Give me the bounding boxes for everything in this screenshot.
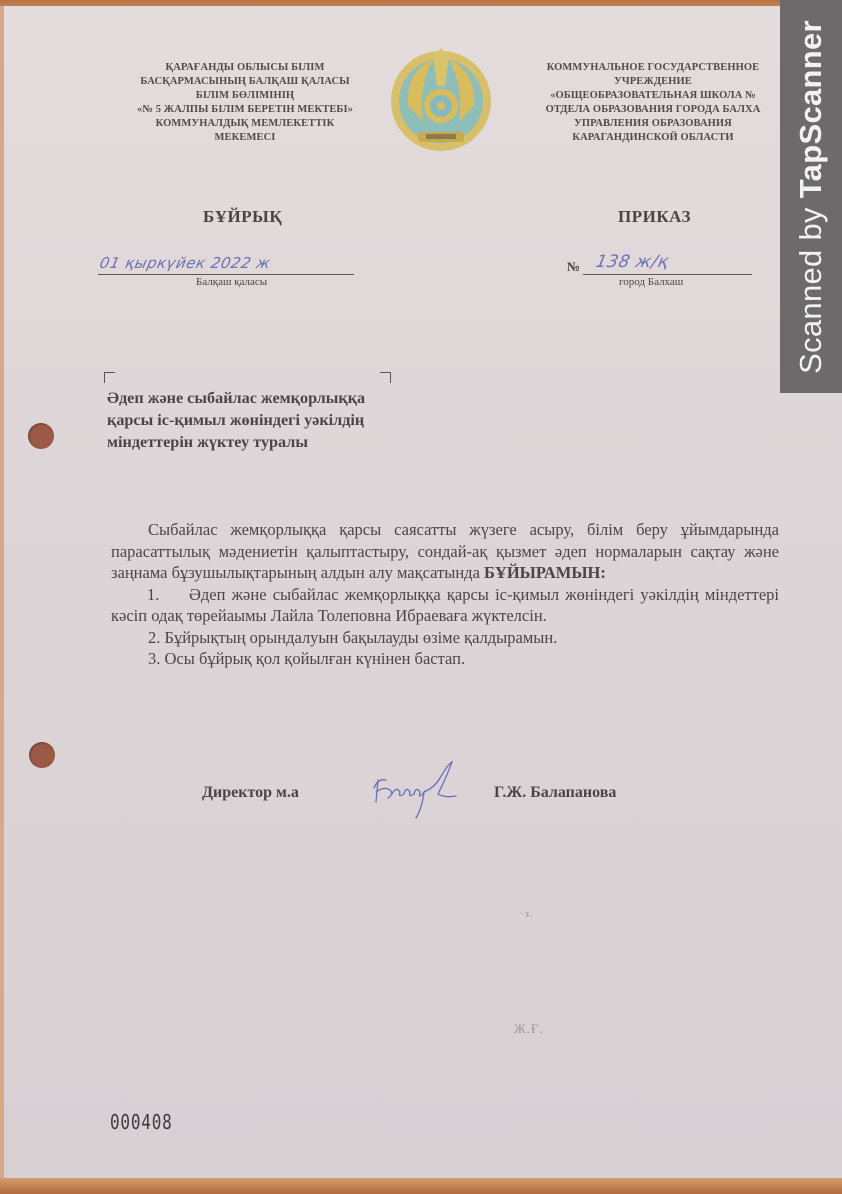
order-item-3: 3. Осы бұйрық қол қойылған күнінен баста… [111, 648, 779, 670]
table-background-bottom [0, 1178, 842, 1194]
place-kz: Балқаш қаласы [196, 276, 267, 288]
subject-line: Әдеп және сыбайлас жемқорлыққа [107, 387, 437, 409]
bracket-corner-top-left [104, 372, 115, 383]
watermark-prefix: Scanned by [793, 198, 828, 374]
header-kz-line: «№ 5 ЖАЛПЫ БІЛІМ БЕРЕТІН МЕКТЕБІ» [110, 103, 380, 117]
doc-type-ru: ПРИКАЗ [618, 207, 691, 227]
handwritten-order-number: 138 ж/қ [594, 252, 671, 272]
header-ru-organization: КОММУНАЛЬНОЕ ГОСУДАРСТВЕННОЕ УЧРЕЖДЕНИЕ … [522, 61, 784, 145]
document-page: ҚАРАҒАНДЫ ОБЛЫСЫ БІЛІМ БАСҚАРМАСЫНЫҢ БАЛ… [0, 6, 842, 1188]
subject-line: қарсы іс-қимыл жөніндегі уәкілдің [107, 409, 437, 431]
header-ru-line: ОТДЕЛА ОБРАЗОВАНИЯ ГОРОДА БАЛХА [522, 103, 784, 117]
bracket-corner-top-right [380, 372, 391, 383]
order-body: Сыбайлас жемқорлыққа қарсы саясатты жүзе… [111, 519, 779, 670]
handwritten-signature-icon [368, 758, 458, 820]
header-ru-line: КАРАГАНДИНСКОЙ ОБЛАСТИ [522, 131, 784, 145]
header-kz-line: ҚАРАҒАНДЫ ОБЛЫСЫ БІЛІМ [110, 61, 380, 75]
handwritten-date: 01 қыркүйек 2022 ж [98, 254, 272, 272]
signatory-title: Директор м.а [202, 784, 299, 802]
order-item-1: 1.Әдеп және сыбайлас жемқорлыққа қарсы і… [111, 584, 779, 627]
punch-hole [28, 423, 54, 449]
header-kz-line: БАСҚАРМАСЫНЫҢ БАЛҚАШ ҚАЛАСЫ [110, 75, 380, 89]
date-underline [98, 274, 354, 275]
watermark-brand: TapScanner [793, 20, 828, 198]
header-ru-line: КОММУНАЛЬНОЕ ГОСУДАРСТВЕННОЕ [522, 61, 784, 75]
order-item-2: 2. Бұйрықтың орындалуын бақылауды өзіме … [111, 627, 779, 649]
header-kz-line: БІЛІМ БӨЛІМІНІҢ [110, 89, 380, 103]
page-edge [0, 6, 4, 1188]
header-kz-organization: ҚАРАҒАНДЫ ОБЛЫСЫ БІЛІМ БАСҚАРМАСЫНЫҢ БАЛ… [110, 61, 380, 145]
place-ru: город Балхаш [619, 276, 683, 288]
signatory-name: Г.Ж. Балапанова [494, 784, 616, 802]
preamble-paragraph: Сыбайлас жемқорлыққа қарсы саясатты жүзе… [111, 519, 779, 584]
order-subject: Әдеп және сыбайлас жемқорлыққа қарсы іс-… [107, 387, 437, 453]
preamble-text: Сыбайлас жемқорлыққа қарсы саясатты жүзе… [111, 520, 779, 582]
item-1-number: 1. [147, 584, 189, 606]
watermark-text: Scanned by TapScanner [793, 20, 829, 374]
header-kz-line: МЕКЕМЕСІ [110, 131, 380, 145]
order-word: БҰЙЫРАМЫН: [484, 563, 606, 582]
punch-hole [29, 742, 55, 768]
item-1-text: Әдеп және сыбайлас жемқорлыққа қарсы іс-… [111, 585, 779, 626]
faint-stamp-mark: Ж.Ғ. [514, 1021, 544, 1037]
header-ru-line: УЧРЕЖДЕНИЕ [522, 75, 784, 89]
number-underline [583, 274, 752, 275]
subject-line: міндеттерін жүктеу туралы [107, 431, 437, 453]
doc-type-kz: БҰЙРЫҚ [203, 207, 282, 227]
serial-number: 000408 [110, 1110, 173, 1134]
number-sign: № [567, 259, 580, 275]
header-ru-line: УПРАВЛЕНИЯ ОБРАЗОВАНИЯ [522, 117, 784, 131]
faint-stamp-mark: ·з. [520, 908, 534, 920]
state-emblem-icon [388, 46, 494, 156]
scanner-watermark: Scanned by TapScanner [780, 0, 842, 393]
header-ru-line: «ОБЩЕОБРАЗОВАТЕЛЬНАЯ ШКОЛА № [522, 89, 784, 103]
header-kz-line: КОММУНАЛДЫҚ МЕМЛЕКЕТТІК [110, 117, 380, 131]
